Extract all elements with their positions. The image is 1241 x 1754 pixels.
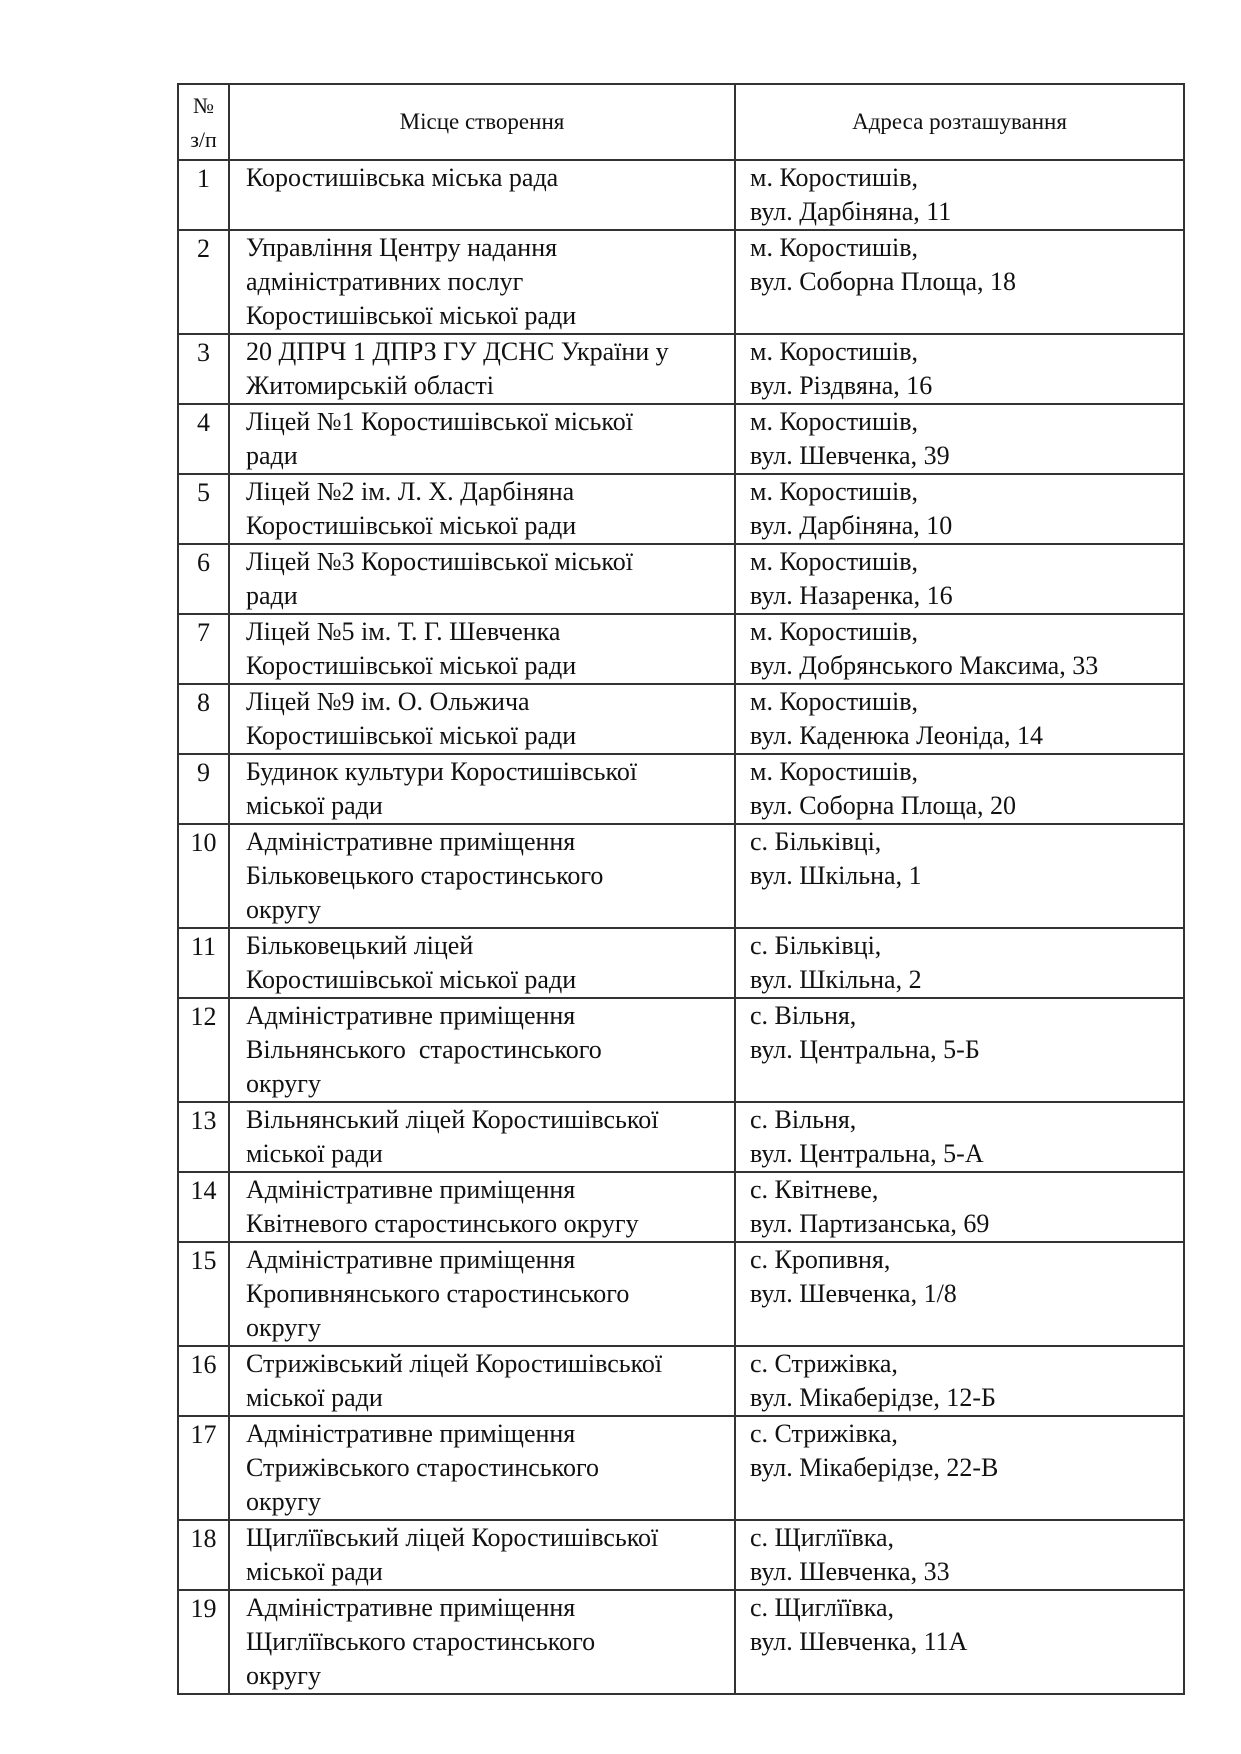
address-line: с. Більківці, [750,929,1183,963]
address-cell: м. Коростишів,вул. Добрянського Максима,… [735,614,1184,684]
place-line: Адміністративне приміщення [246,1243,730,1277]
address-cell: м. Коростишів,вул. Назаренка, 16 [735,544,1184,614]
place-line: округу [246,1311,730,1345]
place-line: Будинок культури Коростишівської [246,755,730,789]
place-cell: Адміністративне приміщенняКвітневого ста… [229,1172,735,1242]
place-line: Адміністративне приміщення [246,825,730,859]
address-line: вул. Шкільна, 1 [750,859,1183,893]
table-row: 17Адміністративне приміщенняСтрижівськог… [178,1416,1184,1520]
address-cell: с. Вільня,вул. Центральна, 5-А [735,1102,1184,1172]
table-row: 1Коростишівська міська радам. Коростишів… [178,160,1184,230]
place-cell: Ліцей №3 Коростишівської міськоїради [229,544,735,614]
row-number: 7 [178,614,229,684]
place-line: Стрижівського старостинського [246,1451,730,1485]
place-line: Щиглїївський ліцей Коростишівської [246,1521,730,1555]
place-line: Адміністративне приміщення [246,1417,730,1451]
address-line: м. Коростишів, [750,475,1183,509]
address-cell: м. Коростишів,вул. Шевченка, 39 [735,404,1184,474]
row-number: 3 [178,334,229,404]
address-cell: с. Щиглїївка,вул. Шевченка, 33 [735,1520,1184,1590]
address-cell: с. Вільня,вул. Центральна, 5-Б [735,998,1184,1102]
address-line: вул. Різдвяна, 16 [750,369,1183,403]
place-cell: Вільнянський ліцей Коростишівськоїмісько… [229,1102,735,1172]
row-number: 6 [178,544,229,614]
header-address: Адреса розташування [735,84,1184,160]
table-row: 11Більковецький ліцейКоростишівської міс… [178,928,1184,998]
row-number: 18 [178,1520,229,1590]
place-line: Ліцей №2 ім. Л. Х. Дарбіняна [246,475,730,509]
address-line: с. Стрижівка, [750,1417,1183,1451]
address-line: вул. Дарбіняна, 11 [750,195,1183,229]
row-number: 4 [178,404,229,474]
address-line: с. Квітневе, [750,1173,1183,1207]
document-page: № з/п Місце створення Адреса розташуванн… [0,0,1241,1754]
table-row: 18Щиглїївський ліцей Коростишівськоїмісь… [178,1520,1184,1590]
place-line: міської ради [246,1381,730,1415]
table-row: 4Ліцей №1 Коростишівської міськоїрадим. … [178,404,1184,474]
place-line: адміністративних послуг [246,265,730,299]
address-line: вул. Назаренка, 16 [750,579,1183,613]
address-line: вул. Соборна Площа, 20 [750,789,1183,823]
place-line: Стрижівський ліцей Коростишівської [246,1347,730,1381]
address-cell: м. Коростишів,вул. Дарбіняна, 10 [735,474,1184,544]
header-number-symbol: № [179,89,228,123]
place-line: Коростишівської міської ради [246,963,730,997]
place-cell: Ліцей №2 ім. Л. Х. ДарбінянаКоростишівсь… [229,474,735,544]
row-number: 14 [178,1172,229,1242]
row-number: 10 [178,824,229,928]
place-line: Коростишівської міської ради [246,649,730,683]
row-number: 5 [178,474,229,544]
address-cell: м. Коростишів,вул. Соборна Площа, 20 [735,754,1184,824]
place-line: Ліцей №3 Коростишівської міської [246,545,730,579]
address-line: вул. Мікаберідзе, 22-В [750,1451,1183,1485]
address-cell: м. Коростишів,вул. Різдвяна, 16 [735,334,1184,404]
address-line: м. Коростишів, [750,755,1183,789]
address-cell: м. Коростишів,вул. Дарбіняна, 11 [735,160,1184,230]
place-line: Управління Центру надання [246,231,730,265]
header-place: Місце створення [229,84,735,160]
place-cell: Адміністративне приміщенняЩиглїївського … [229,1590,735,1694]
place-line: Коростишівської міської ради [246,509,730,543]
place-line: Ліцей №5 ім. Т. Г. Шевченка [246,615,730,649]
address-line: с. Вільня, [750,999,1183,1033]
place-line: Кропивнянського старостинського [246,1277,730,1311]
address-line: м. Коростишів, [750,685,1183,719]
locations-table: № з/п Місце створення Адреса розташуванн… [177,83,1185,1695]
table-row: 16Стрижівський ліцей Коростишівськоїмісь… [178,1346,1184,1416]
address-line: м. Коростишів, [750,615,1183,649]
place-cell: Більковецький ліцейКоростишівської міськ… [229,928,735,998]
place-line: Вільнянського старостинського [246,1033,730,1067]
row-number: 8 [178,684,229,754]
place-line: Коростишівська міська рада [246,161,730,195]
address-line: вул. Шевченка, 33 [750,1555,1183,1589]
place-cell: Адміністративне приміщенняКропивнянськог… [229,1242,735,1346]
address-line: вул. Шевченка, 11А [750,1625,1183,1659]
table-row: 12Адміністративне приміщенняВільнянськог… [178,998,1184,1102]
table-row: 9Будинок культури Коростишівськоїміської… [178,754,1184,824]
address-line: м. Коростишів, [750,161,1183,195]
place-line: Вільнянський ліцей Коростишівської [246,1103,730,1137]
place-cell: Адміністративне приміщенняСтрижівського … [229,1416,735,1520]
row-number: 9 [178,754,229,824]
place-cell: Ліцей №1 Коростишівської міськоїради [229,404,735,474]
table-row: 13Вільнянський ліцей Коростишівськоїмісь… [178,1102,1184,1172]
table-row: 5Ліцей №2 ім. Л. Х. ДарбінянаКоростишівс… [178,474,1184,544]
place-line: Адміністративне приміщення [246,1173,730,1207]
row-number: 11 [178,928,229,998]
row-number: 19 [178,1590,229,1694]
place-line: Адміністративне приміщення [246,1591,730,1625]
table-row: 2Управління Центру наданняадміністративн… [178,230,1184,334]
address-line: с. Щиглїївка, [750,1521,1183,1555]
place-line: округу [246,1485,730,1519]
place-line: Більковецького старостинського [246,859,730,893]
address-line: вул. Мікаберідзе, 12-Б [750,1381,1183,1415]
place-line: Адміністративне приміщення [246,999,730,1033]
place-cell: Адміністративне приміщенняВільнянського … [229,998,735,1102]
address-line: с. Більківці, [750,825,1183,859]
place-line: Ліцей №1 Коростишівської міської [246,405,730,439]
place-cell: Ліцей №9 ім. О. ОльжичаКоростишівської м… [229,684,735,754]
address-cell: с. Квітневе,вул. Партизанська, 69 [735,1172,1184,1242]
address-line: м. Коростишів, [750,545,1183,579]
place-line: ради [246,439,730,473]
place-line: округу [246,1067,730,1101]
address-line: вул. Центральна, 5-Б [750,1033,1183,1067]
row-number: 16 [178,1346,229,1416]
place-line: міської ради [246,1555,730,1589]
table-row: 8Ліцей №9 ім. О. ОльжичаКоростишівської … [178,684,1184,754]
place-cell: Ліцей №5 ім. Т. Г. ШевченкаКоростишівськ… [229,614,735,684]
table-body: 1Коростишівська міська радам. Коростишів… [178,160,1184,1694]
table-row: 10Адміністративне приміщенняБільковецько… [178,824,1184,928]
place-cell: Будинок культури Коростишівськоїміської … [229,754,735,824]
row-number: 12 [178,998,229,1102]
address-line: с. Кропивня, [750,1243,1183,1277]
row-number: 15 [178,1242,229,1346]
table-row: 14Адміністративне приміщенняКвітневого с… [178,1172,1184,1242]
address-cell: с. Більківці,вул. Шкільна, 1 [735,824,1184,928]
row-number: 2 [178,230,229,334]
address-cell: с. Кропивня,вул. Шевченка, 1/8 [735,1242,1184,1346]
address-line: м. Коростишів, [750,335,1183,369]
place-line: Коростишівської міської ради [246,299,730,333]
address-line: с. Щиглїївка, [750,1591,1183,1625]
place-cell: Адміністративне приміщенняБільковецького… [229,824,735,928]
address-cell: с. Щиглїївка,вул. Шевченка, 11А [735,1590,1184,1694]
table-header-row: № з/п Місце створення Адреса розташуванн… [178,84,1184,160]
address-cell: м. Коростишів,вул. Каденюка Леоніда, 14 [735,684,1184,754]
address-line: с. Стрижівка, [750,1347,1183,1381]
address-cell: с. Стрижівка,вул. Мікаберідзе, 22-В [735,1416,1184,1520]
place-line: округу [246,893,730,927]
address-line: вул. Шкільна, 2 [750,963,1183,997]
row-number: 17 [178,1416,229,1520]
address-line: вул. Центральна, 5-А [750,1137,1183,1171]
address-line: м. Коростишів, [750,405,1183,439]
place-line: Житомирській області [246,369,730,403]
address-line: вул. Соборна Площа, 18 [750,265,1183,299]
address-line: вул. Добрянського Максима, 33 [750,649,1183,683]
address-line: с. Вільня, [750,1103,1183,1137]
row-number: 1 [178,160,229,230]
address-line: вул. Дарбіняна, 10 [750,509,1183,543]
table-row: 7Ліцей №5 ім. Т. Г. ШевченкаКоростишівсь… [178,614,1184,684]
place-cell: Коростишівська міська рада [229,160,735,230]
place-line: округу [246,1659,730,1693]
place-line: міської ради [246,789,730,823]
address-line: вул. Партизанська, 69 [750,1207,1183,1241]
header-number: № з/п [178,84,229,160]
place-line: Коростишівської міської ради [246,719,730,753]
place-cell: Щиглїївський ліцей Коростишівськоїмісько… [229,1520,735,1590]
address-line: вул. Каденюка Леоніда, 14 [750,719,1183,753]
place-line: Більковецький ліцей [246,929,730,963]
place-line: Ліцей №9 ім. О. Ольжича [246,685,730,719]
place-line: Щиглїївського старостинського [246,1625,730,1659]
address-cell: м. Коростишів,вул. Соборна Площа, 18 [735,230,1184,334]
address-cell: с. Більківці,вул. Шкільна, 2 [735,928,1184,998]
place-line: 20 ДПРЧ 1 ДПРЗ ГУ ДСНС України у [246,335,730,369]
place-line: міської ради [246,1137,730,1171]
table-row: 6Ліцей №3 Коростишівської міськоїрадим. … [178,544,1184,614]
address-line: вул. Шевченка, 1/8 [750,1277,1183,1311]
place-line: Квітневого старостинського округу [246,1207,730,1241]
row-number: 13 [178,1102,229,1172]
address-line: вул. Шевченка, 39 [750,439,1183,473]
place-line: ради [246,579,730,613]
address-cell: с. Стрижівка,вул. Мікаберідзе, 12-Б [735,1346,1184,1416]
place-cell: Стрижівський ліцей Коростишівськоїмісько… [229,1346,735,1416]
address-line: м. Коростишів, [750,231,1183,265]
table-row: 15Адміністративне приміщенняКропивнянськ… [178,1242,1184,1346]
table-row: 320 ДПРЧ 1 ДПРЗ ГУ ДСНС України уЖитомир… [178,334,1184,404]
table-row: 19Адміністративне приміщенняЩиглїївськог… [178,1590,1184,1694]
header-number-abbrev: з/п [179,123,228,157]
place-cell: Управління Центру наданняадміністративни… [229,230,735,334]
place-cell: 20 ДПРЧ 1 ДПРЗ ГУ ДСНС України уЖитомирс… [229,334,735,404]
